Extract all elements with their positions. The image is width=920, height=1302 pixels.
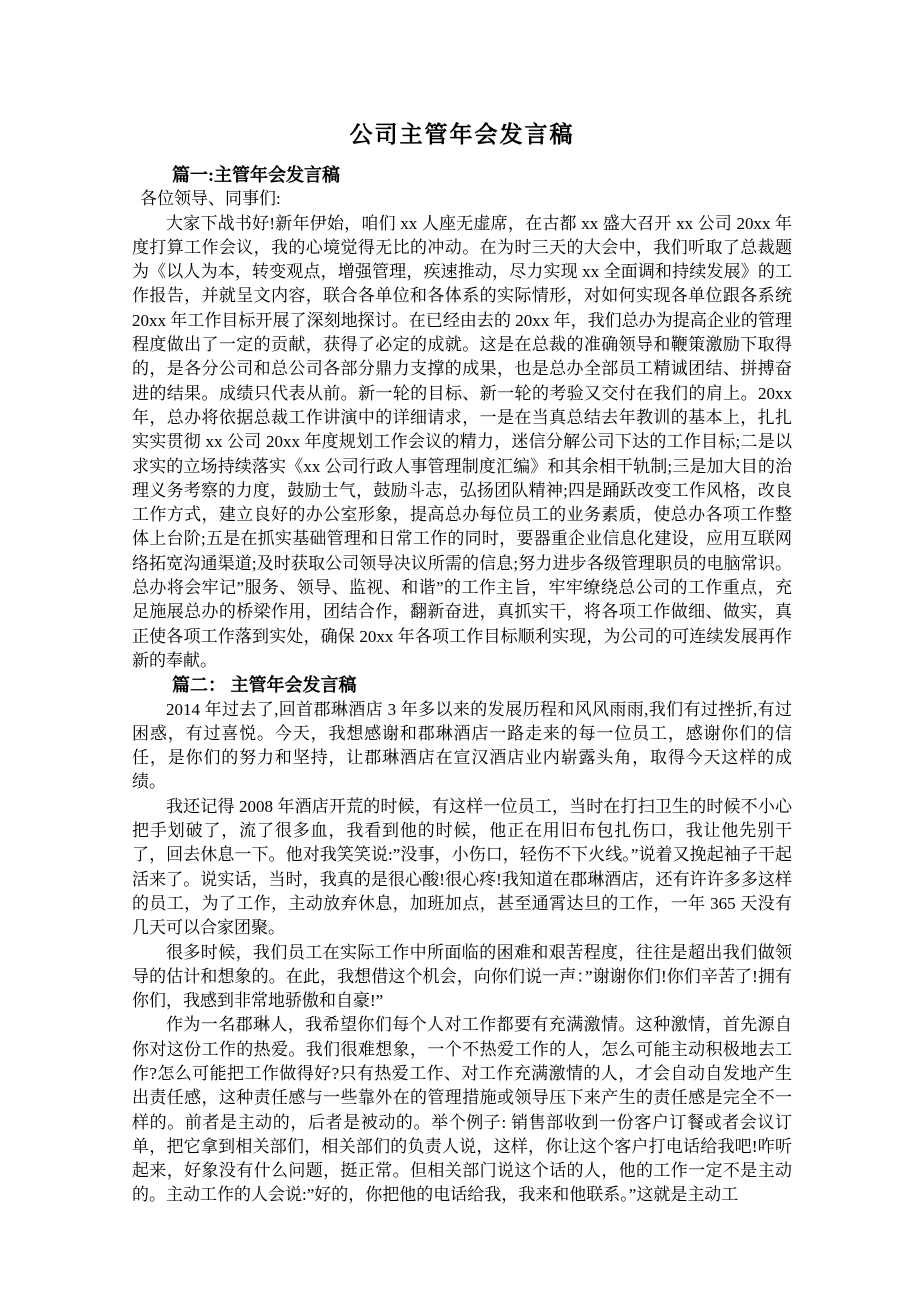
page-title: 公司主管年会发言稿	[132, 120, 792, 150]
document-page: 公司主管年会发言稿 篇一:主管年会发言稿 各位领导、同事们: 大家下战书好!新年…	[0, 0, 920, 1302]
section-2-paragraph-3: 很多时候，我们员工在实际工作中所面临的困难和艰苦程度，往往是超出我们做领导的估计…	[132, 941, 792, 1014]
document-content: 公司主管年会发言稿 篇一:主管年会发言稿 各位领导、同事们: 大家下战书好!新年…	[132, 0, 792, 1208]
section-2-paragraph-4: 作为一名郡琳人，我希望你们每个人对工作都要有充满激情。这种激情，首先源自你对这份…	[132, 1013, 792, 1207]
section-1-heading: 篇一:主管年会发言稿	[132, 163, 792, 187]
salutation-line: 各位领导、同事们:	[132, 187, 792, 211]
section-2-paragraph-1: 2014 年过去了,回首郡琳酒店 3 年多以来的发展历程和风风雨雨,我们有过挫折…	[132, 698, 792, 795]
section-1-paragraph-1: 大家下战书好!新年伊始，咱们 xx 人座无虚席，在古都 xx 盛大召开 xx 公…	[132, 212, 792, 674]
section-2-heading: 篇二： 主管年会发言稿	[132, 673, 792, 697]
section-2-paragraph-2: 我还记得 2008 年酒店开荒的时候，有这样一位员工，当时在打扫卫生的时候不小心…	[132, 795, 792, 941]
